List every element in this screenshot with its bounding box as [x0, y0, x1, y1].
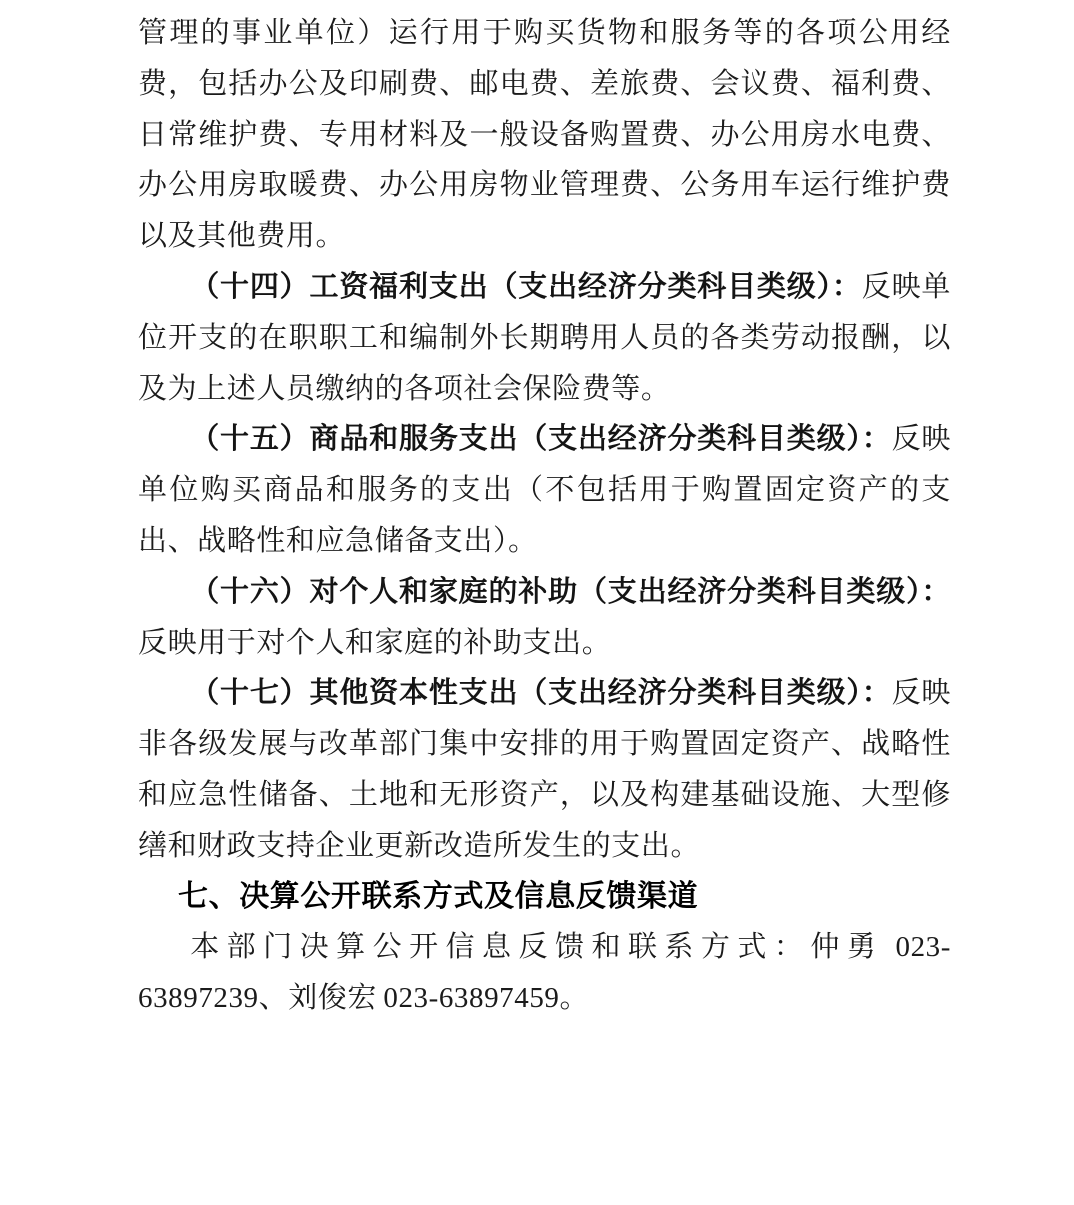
item-17-lead: （十七）其他资本性支出（支出经济分类科目类级）： — [190, 677, 891, 709]
contact1-name: 仲勇 — [810, 931, 883, 963]
item-14-lead: （十四）工资福利支出（支出经济分类科目类级）： — [190, 271, 862, 303]
contact-suffix: 。 — [559, 982, 589, 1014]
document-text-block: 管理的事业单位）运行用于购买货物和服务等的各项公用经费，包括办公及印刷费、邮电费… — [138, 8, 951, 1024]
contact2-phone: 023-63897459 — [383, 982, 559, 1014]
contact2-name: 刘俊宏 — [288, 982, 377, 1014]
contact-prefix-text: 本部门决算公开信息反馈和联系方式： — [190, 931, 810, 963]
section-heading-seven: 七、决算公开联系方式及信息反馈渠道 — [138, 872, 951, 923]
paragraph-item-17: （十七）其他资本性支出（支出经济分类科目类级）：反映非各级发展与改革部门集中安排… — [138, 668, 951, 871]
paragraph-item-15: （十五）商品和服务支出（支出经济分类科目类级）：反映单位购买商品和服务的支出（不… — [138, 414, 951, 566]
item-16-lead: （十六）对个人和家庭的补助（支出经济分类科目类级）： — [190, 576, 951, 608]
paragraph-contact-info: 本部门决算公开信息反馈和联系方式：仲勇023-63897239、刘俊宏023-6… — [138, 922, 951, 1024]
document-page: 管理的事业单位）运行用于购买货物和服务等的各项公用经费，包括办公及印刷费、邮电费… — [0, 0, 1074, 1205]
paragraph-public-funds-continued: 管理的事业单位）运行用于购买货物和服务等的各项公用经费，包括办公及印刷费、邮电费… — [138, 8, 951, 262]
paragraph-item-16: （十六）对个人和家庭的补助（支出经济分类科目类级）：反映用于对个人和家庭的补助支… — [138, 567, 951, 669]
item-15-lead: （十五）商品和服务支出（支出经济分类科目类级）： — [190, 423, 891, 455]
contact-separator: 、 — [259, 982, 289, 1014]
paragraph-item-14: （十四）工资福利支出（支出经济分类科目类级）：反映单位开支的在职职工和编制外长期… — [138, 262, 951, 414]
item-16-body: 反映用于对个人和家庭的补助支出。 — [138, 627, 611, 659]
